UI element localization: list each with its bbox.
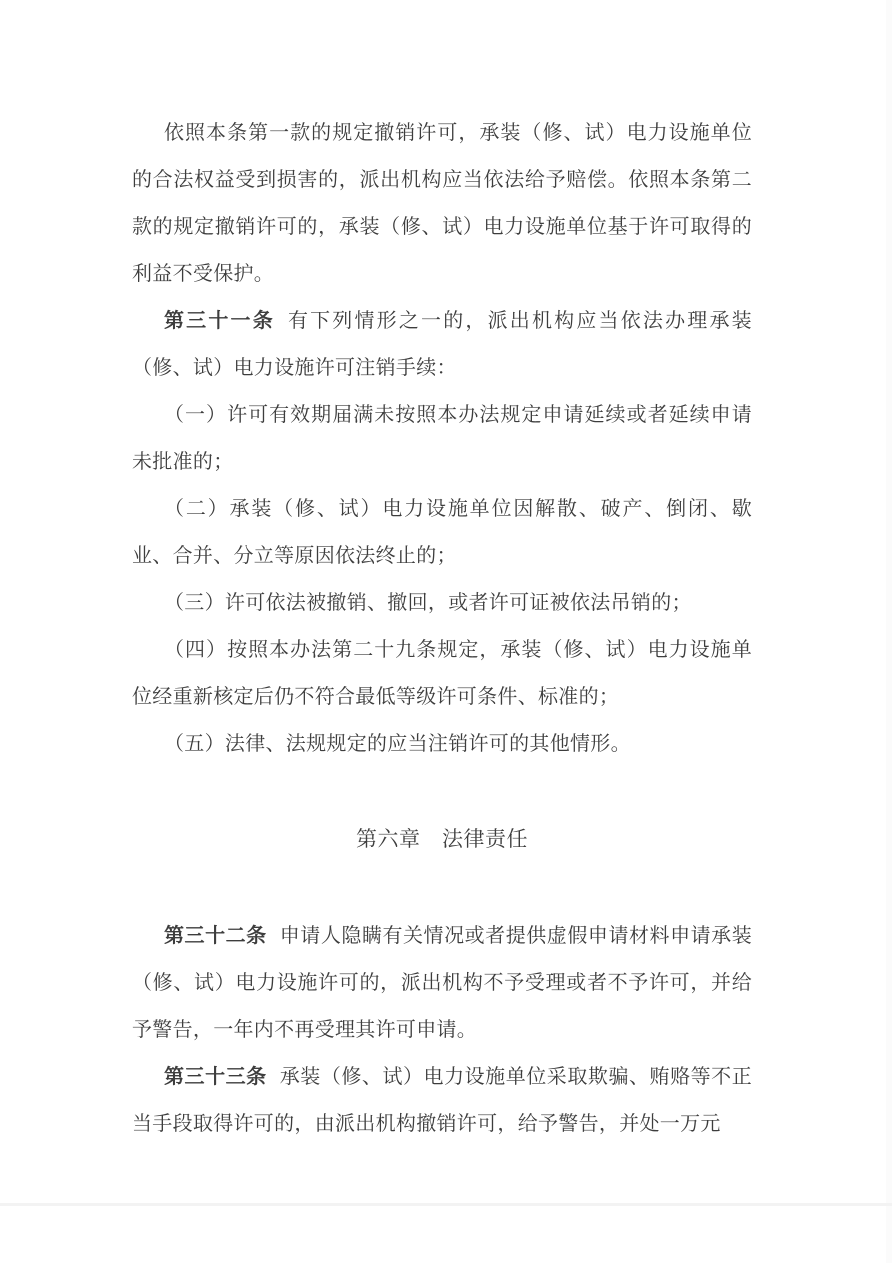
article-33-number: 第三十三条	[164, 1066, 267, 1088]
list-item-1: （一）许可有效期届满未按照本办法规定申请延续或者延续申请未批准的；	[132, 392, 752, 486]
chapter-6-heading: 第六章 法律责任	[132, 816, 752, 863]
page-bottom-boundary	[0, 1203, 892, 1206]
document-text-block: 依照本条第一款的规定撤销许可，承装（修、试）电力设施单位的合法权益受到损害的，派…	[132, 110, 752, 1148]
paragraph-article-31: 第三十一条有下列情形之一的，派出机构应当依法办理承装（修、试）电力设施许可注销手…	[132, 298, 752, 392]
page-right-edge	[886, 0, 892, 1263]
list-item-4: （四）按照本办法第二十九条规定，承装（修、试）电力设施单位经重新核定后仍不符合最…	[132, 627, 752, 721]
list-item-5: （五）法律、法规规定的应当注销许可的其他情形。	[132, 721, 752, 768]
article-31-number: 第三十一条	[164, 310, 275, 332]
paragraph-article-33: 第三十三条承装（修、试）电力设施单位采取欺骗、贿赂等不正当手段取得许可的，由派出…	[132, 1054, 752, 1148]
list-item-3: （三）许可依法被撤销、撤回，或者许可证被依法吊销的；	[132, 580, 752, 627]
list-item-2: （二）承装（修、试）电力设施单位因解散、破产、倒闭、歇业、合并、分立等原因依法终…	[132, 486, 752, 580]
paragraph-article-32: 第三十二条申请人隐瞒有关情况或者提供虚假申请材料申请承装（修、试）电力设施许可的…	[132, 913, 752, 1054]
document-page: 依照本条第一款的规定撤销许可，承装（修、试）电力设施单位的合法权益受到损害的，派…	[0, 0, 892, 1263]
paragraph-compensation: 依照本条第一款的规定撤销许可，承装（修、试）电力设施单位的合法权益受到损害的，派…	[132, 110, 752, 298]
article-32-number: 第三十二条	[164, 925, 267, 947]
